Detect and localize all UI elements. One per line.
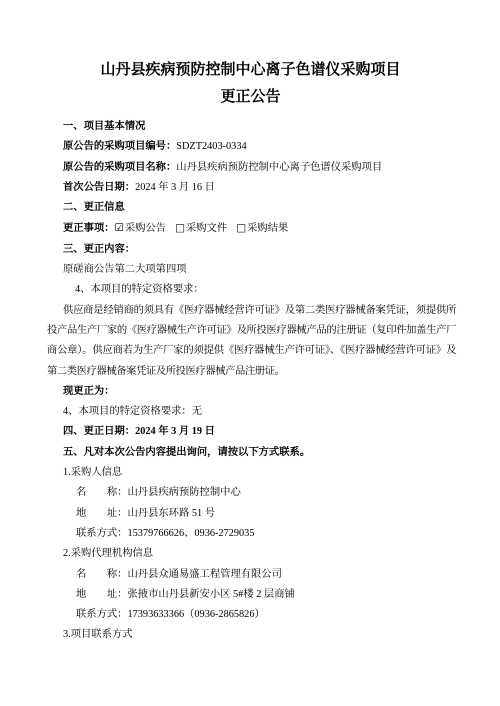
section-contact-heading: 五、凡对本次公告内容提出询问，请按以下方式联系。 [63, 443, 438, 463]
document-title-line2: 更正公告 [63, 84, 438, 111]
checkbox-procurement-announcement-label: 采购公告 [125, 223, 166, 234]
purchaser-name-label: 名 称： [76, 487, 127, 498]
correction-items-line: 更正事项：☑采购公告□采购文件□采购结果 [63, 218, 438, 239]
purchaser-name-value: 山丹县疾病预防控制中心 [127, 487, 240, 498]
checkbox-procurement-result: □采购结果 [236, 218, 288, 239]
agency-name-value: 山丹县众通易盛工程管理有限公司 [127, 569, 281, 580]
checkbox-procurement-result-label: 采购结果 [247, 223, 288, 234]
correction-original-item: 4、本项目的特定资格要求： [63, 280, 438, 300]
original-project-number-label: 原公告的采购项目编号： [63, 141, 176, 152]
checkbox-procurement-announcement: ☑采购公告 [114, 218, 166, 239]
empty-checkbox-icon: □ [236, 222, 246, 234]
first-announcement-date-value: 2024 年 3 月 16 日 [135, 182, 215, 193]
purchaser-address-label: 地 址： [76, 508, 127, 519]
purchaser-info-title: 1.采购人信息 [63, 463, 438, 483]
agency-contact-label: 联系方式： [76, 609, 127, 620]
agency-contact-line: 联系方式：17393633366（0936-2865826） [63, 605, 438, 625]
agency-info-title: 2.采购代理机构信息 [63, 544, 438, 564]
correction-original-paragraph: 供应商是经销商的须具有《医疗器械经营许可证》及第二类医疗器械备案凭证，须提供所投… [47, 301, 456, 382]
project-contact-title: 3.项目联系方式 [63, 625, 438, 645]
agency-contact-value: 17393633366（0936-2865826） [127, 609, 264, 620]
purchaser-address-value: 山丹县东环路 51 号 [127, 508, 215, 519]
document-title: 山丹县疾病预防控制中心离子色谱仪采购项目 更正公告 [63, 57, 438, 111]
original-project-number-value: SDZT2403-0334 [176, 141, 246, 152]
section-correction-date-line: 四、更正日期：2024 年 3 月 19 日 [63, 422, 438, 442]
corrected-item: 4、本项目的特定资格要求：无 [63, 402, 438, 422]
agency-address-line: 地 址：张掖市山丹县新安小区 5#楼 2 层商铺 [63, 585, 438, 605]
original-project-number-line: 原公告的采购项目编号：SDZT2403-0334 [63, 137, 438, 157]
purchaser-contact-label: 联系方式： [76, 528, 127, 539]
original-project-name-value: 山丹县疾病预防控制中心离子色谱仪采购项目 [176, 162, 382, 173]
first-announcement-date-label: 首次公告日期： [63, 182, 135, 193]
checkbox-procurement-document-label: 采购文件 [186, 223, 227, 234]
correction-items-label: 更正事项： [63, 223, 114, 234]
agency-address-value: 张掖市山丹县新安小区 5#楼 2 层商铺 [127, 589, 294, 600]
checked-checkbox-icon: ☑ [114, 222, 123, 234]
original-project-name-line: 原公告的采购项目名称：山丹县疾病预防控制中心离子色谱仪采购项目 [63, 158, 438, 178]
correction-date-label: 四、更正日期： [63, 426, 135, 437]
first-announcement-date-line: 首次公告日期：2024 年 3 月 16 日 [63, 178, 438, 198]
purchaser-contact-value: 15379766626、0936-2729035 [127, 528, 254, 539]
section-basic-heading: 一、项目基本情况 [63, 117, 438, 137]
agency-address-label: 地 址： [76, 589, 127, 600]
agency-name-line: 名 称：山丹县众通易盛工程管理有限公司 [63, 565, 438, 585]
document-page: 山丹县疾病预防控制中心离子色谱仪采购项目 更正公告 一、项目基本情况 原公告的采… [0, 0, 500, 706]
purchaser-address-line: 地 址：山丹县东环路 51 号 [63, 504, 438, 524]
purchaser-name-line: 名 称：山丹县疾病预防控制中心 [63, 483, 438, 503]
agency-name-label: 名 称： [76, 569, 127, 580]
document-body: 一、项目基本情况 原公告的采购项目编号：SDZT2403-0334 原公告的采购… [63, 117, 438, 646]
corrected-to-label: 现更正为： [63, 382, 438, 402]
section-correction-content-heading: 三、更正内容： [63, 240, 438, 260]
correction-date-value: 2024 年 3 月 19 日 [135, 426, 215, 437]
correction-items-checkboxes: ☑采购公告□采购文件□采购结果 [114, 223, 288, 234]
correction-original-reference: 原磋商公告第二大项第四项 [63, 260, 438, 280]
empty-checkbox-icon: □ [175, 222, 185, 234]
section-correction-info-heading: 二、更正信息 [63, 198, 438, 218]
original-project-name-label: 原公告的采购项目名称： [63, 162, 176, 173]
purchaser-contact-line: 联系方式：15379766626、0936-2729035 [63, 524, 438, 544]
checkbox-procurement-document: □采购文件 [175, 218, 227, 239]
document-title-line1: 山丹县疾病预防控制中心离子色谱仪采购项目 [63, 57, 438, 84]
